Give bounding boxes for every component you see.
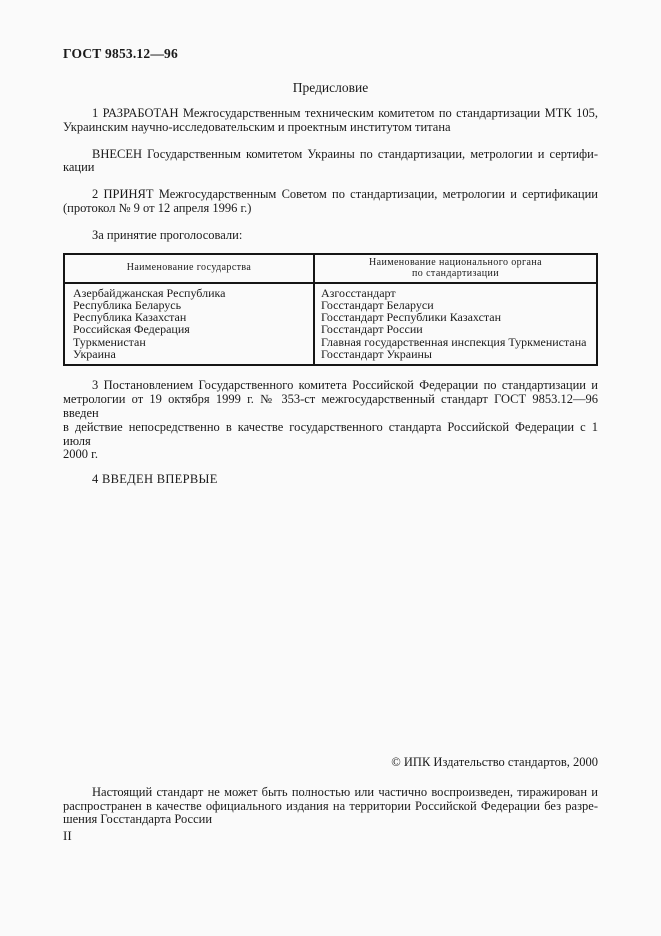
voting-table-header-state: Наименование государства — [65, 255, 315, 282]
document-page: ГОСТ 9853.12—96 Предисловие 1 РАЗРАБОТАН… — [0, 0, 661, 936]
text-line: 1 РАЗРАБОТАН Межгосударственным техничес… — [63, 107, 598, 121]
paragraph-adopted: 2 ПРИНЯТ Межгосударственным Советом по с… — [63, 188, 598, 216]
cell-org: Госстандарт России — [315, 323, 596, 335]
table-row: Азербайджанская Республика Азгосстандарт — [65, 284, 596, 299]
voting-table-header-row: Наименование государства Наименование на… — [65, 255, 596, 284]
text-line: шения Госстандарта России — [63, 813, 598, 827]
reproduction-notice: Настоящий стандарт не может быть полност… — [63, 786, 598, 827]
cell-org: Азгосстандарт — [315, 284, 596, 299]
paragraph-developed: 1 РАЗРАБОТАН Межгосударственным техничес… — [63, 107, 598, 135]
text-line: метрологии от 19 октября 1999 г. № 353-с… — [63, 393, 598, 421]
text-line: 3 Постановлением Государственного комите… — [63, 379, 598, 393]
cell-org: Госстандарт Украины — [315, 348, 596, 364]
header-state-label: Наименование государства — [127, 262, 252, 274]
cell-state: Азербайджанская Республика — [65, 284, 315, 299]
cell-state: Украина — [65, 348, 315, 364]
text-line: 2 ПРИНЯТ Межгосударственным Советом по с… — [63, 188, 598, 202]
text-line: в действие непосредственно в качестве го… — [63, 421, 598, 449]
paragraph-decree: 3 Постановлением Государственного комите… — [63, 379, 598, 462]
cell-state: Российская Федерация — [65, 323, 315, 335]
text-line: кации — [63, 161, 598, 175]
page-content: ГОСТ 9853.12—96 Предисловие 1 РАЗРАБОТАН… — [0, 0, 661, 487]
text-line: распространен в качестве официального из… — [63, 800, 598, 814]
text-line: (протокол № 9 от 12 апреля 1996 г.) — [63, 202, 598, 216]
page-number: II — [63, 829, 598, 843]
paragraph-submitted: ВНЕСЕН Государственным комитетом Украины… — [63, 148, 598, 176]
text-line: 2000 г. — [63, 448, 598, 462]
voting-table-header-org: Наименование национального органа по ста… — [315, 255, 596, 282]
page-bottom-block: © ИПК Издательство стандартов, 2000 Наст… — [63, 756, 598, 843]
vote-intro: За принятие проголосовали: — [63, 229, 598, 243]
table-row: Российская Федерация Госстандарт России — [65, 323, 596, 335]
copyright-line: © ИПК Издательство стандартов, 2000 — [63, 756, 598, 770]
text-line: Украинским научно-исследовательским и пр… — [63, 121, 598, 135]
header-org-label-line1: Наименование национального органа — [369, 257, 542, 269]
voting-table-body: Азербайджанская Республика Азгосстандарт… — [65, 284, 596, 365]
text-line: ВНЕСЕН Государственным комитетом Украины… — [63, 148, 598, 162]
header-org-label-line2: по стандартизации — [412, 268, 499, 280]
voting-table: Наименование государства Наименование на… — [63, 253, 598, 367]
document-code: ГОСТ 9853.12—96 — [63, 46, 598, 62]
text-line: Настоящий стандарт не может быть полност… — [63, 786, 598, 800]
paragraph-introduced-first: 4 ВВЕДЕН ВПЕРВЫЕ — [63, 473, 598, 487]
preface-title: Предисловие — [63, 80, 598, 96]
table-row: Украина Госстандарт Украины — [65, 348, 596, 364]
